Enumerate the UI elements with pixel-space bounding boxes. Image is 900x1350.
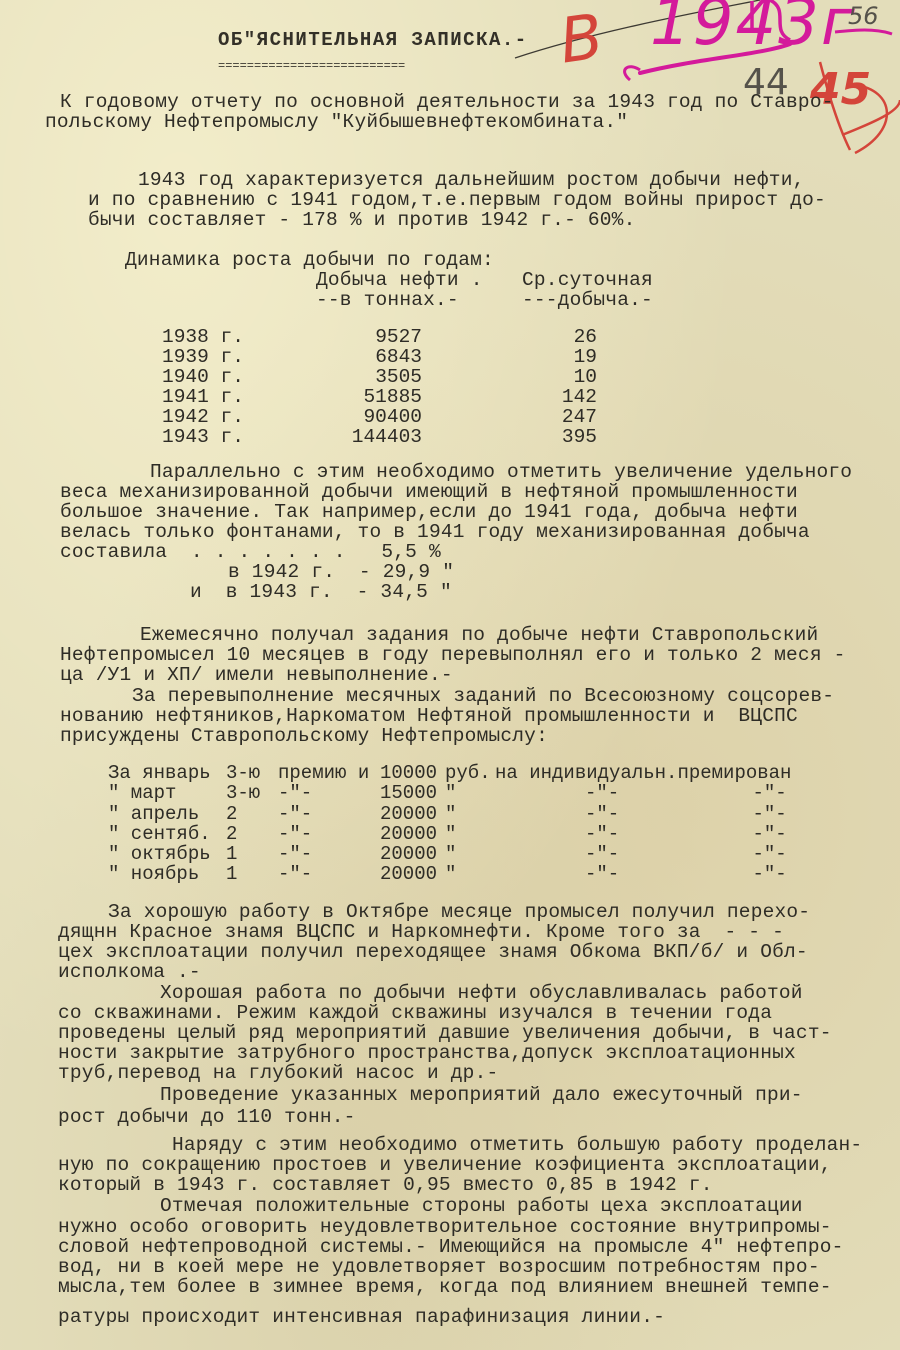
monthly-line-1: Ежемесячно получал задания по добыче неф…	[140, 625, 818, 645]
tons-cell: 90400	[332, 407, 422, 427]
month-cell: " октябрь	[108, 844, 226, 864]
table-row: 1942 г. 90400 247	[162, 407, 597, 427]
col-header-daily-1: Ср.суточная	[522, 270, 653, 290]
mechanized-line-7: и в 1943 г. - 34,5 "	[190, 582, 452, 602]
unit-cell: "	[445, 844, 495, 864]
archival-document-page: В 1943г 56 44 45 ОБ"ЯСНИТЕЛЬНАЯ ЗАПИСКА.…	[0, 0, 900, 1350]
table-row: 1943 г. 144403 395	[162, 427, 597, 447]
pipeline-line-4: вод, ни в коей мере не удовлетворяет воз…	[58, 1257, 820, 1277]
unit-cell: "	[445, 864, 495, 884]
mechanized-line-1: Параллельно с этим необходимо отметить у…	[150, 462, 852, 482]
awards-table: За январь 3-ю премию и 10000 руб. на инд…	[108, 763, 791, 885]
daily-cell: 142	[422, 387, 597, 407]
tons-cell: 3505	[332, 367, 422, 387]
purpose-cell: -"-	[495, 783, 677, 803]
downtime-line-3: который в 1943 г. составляет 0,95 вместо…	[58, 1175, 713, 1195]
col-header-tons-1: Добыча нефти .	[316, 270, 483, 290]
pipeline-line-3: словой нефтепроводной системы.- Имеющийс…	[58, 1237, 844, 1257]
wells-line-4: ности закрытие затрубного пространства,д…	[58, 1043, 796, 1063]
banner-line-1: За хорошую работу в Октябре месяце промы…	[108, 902, 810, 922]
year-cell: 1942 г.	[162, 407, 332, 427]
place-cell: 2	[226, 804, 278, 824]
month-cell: " март	[108, 783, 226, 803]
mechanized-line-2: веса механизированной добычи имеющий в н…	[60, 482, 798, 502]
year-cell: 1939 г.	[162, 347, 332, 367]
tons-cell: 9527	[332, 327, 422, 347]
pipeline-line-2: нужно особо оговорить неудовлетворительн…	[58, 1217, 832, 1237]
table-row: " март 3-ю -"- 15000 " -"- -"-	[108, 783, 791, 803]
result-line-2: рост добычи до 110 тонн.-	[58, 1107, 356, 1127]
intro-line-2: и по сравнению с 1941 годом,т.е.первым г…	[88, 190, 826, 210]
month-cell: " сентяб.	[108, 824, 226, 844]
purpose-cell: на индивидуальн.	[495, 763, 677, 783]
production-heading: Динамика роста добычи по годам:	[125, 250, 494, 270]
col-header-daily-2: ---добыча.-	[522, 290, 653, 310]
prize-cell: -"-	[278, 864, 380, 884]
pencil-page-number-top: 56	[848, 2, 879, 30]
place-cell: 2	[226, 824, 278, 844]
purpose-cell-2: -"-	[677, 783, 791, 803]
year-cell: 1940 г.	[162, 367, 332, 387]
purpose-cell-2: -"-	[677, 844, 791, 864]
table-row: 1941 г. 51885 142	[162, 387, 597, 407]
table-row: За январь 3-ю премию и 10000 руб. на инд…	[108, 763, 791, 783]
purpose-cell: -"-	[495, 824, 677, 844]
tons-cell: 6843	[332, 347, 422, 367]
wells-line-5: труб,перевод на глубокий насос и др.-	[58, 1063, 498, 1083]
subtitle-line-1: К годовому отчету по основной деятельнос…	[60, 92, 834, 112]
result-line-1: Проведение указанных мероприятий дало еж…	[160, 1085, 803, 1105]
amount-cell: 15000	[380, 783, 445, 803]
year-cell: 1941 г.	[162, 387, 332, 407]
tons-cell: 144403	[332, 427, 422, 447]
purpose-cell-2: -"-	[677, 824, 791, 844]
col-header-tons-2: --в тоннах.-	[316, 290, 459, 310]
intro-line-1: 1943 год характеризуется дальнейшим рост…	[138, 170, 805, 190]
purpose-cell: -"-	[495, 844, 677, 864]
award-intro-line-2: нованию нефтяников,Наркоматом Нефтяной п…	[60, 706, 798, 726]
unit-cell: "	[445, 783, 495, 803]
table-row: " апрель 2 -"- 20000 " -"- -"-	[108, 804, 791, 824]
mechanized-line-4: велась только фонтанами, то в 1941 году …	[60, 522, 810, 542]
place-cell: 3-ю	[226, 763, 278, 783]
year-cell: 1943 г.	[162, 427, 332, 447]
unit-cell: "	[445, 804, 495, 824]
month-cell: " апрель	[108, 804, 226, 824]
unit-cell: "	[445, 824, 495, 844]
handwritten-year-stamp: 1943г	[650, 0, 857, 60]
tons-cell: 51885	[332, 387, 422, 407]
table-row: " октябрь 1 -"- 20000 " -"- -"-	[108, 844, 791, 864]
amount-cell: 20000	[380, 804, 445, 824]
monthly-line-2: Нефтепромысел 10 месяцев в году перевыпо…	[60, 645, 846, 665]
table-row: 1939 г. 6843 19	[162, 347, 597, 367]
banner-line-3: цех эксплоатации получил переходящее зна…	[58, 942, 808, 962]
month-cell: За январь	[108, 763, 226, 783]
amount-cell: 20000	[380, 824, 445, 844]
wells-line-1: Хорошая работа по добычи нефти обуславли…	[160, 983, 803, 1003]
daily-cell: 247	[422, 407, 597, 427]
daily-cell: 19	[422, 347, 597, 367]
amount-cell: 10000	[380, 763, 445, 783]
purpose-cell-2: -"-	[677, 864, 791, 884]
table-row: " ноябрь 1 -"- 20000 " -"- -"-	[108, 864, 791, 884]
banner-line-4: исполкома .-	[58, 962, 201, 982]
document-title: ОБ"ЯСНИТЕЛЬНАЯ ЗАПИСКА.-	[218, 30, 528, 50]
prize-cell: -"-	[278, 783, 380, 803]
pipeline-line-5: мысла,тем более в зимнее время, когда по…	[58, 1277, 832, 1297]
wells-line-3: проведены целый ряд мероприятий давшие у…	[58, 1023, 832, 1043]
mechanized-line-6: в 1942 г. - 29,9 "	[228, 562, 454, 582]
monthly-line-3: ца /У1 и ХП/ имели невыполнение.-	[60, 665, 453, 685]
pipeline-line-1: Отмечая положительные стороны работы цех…	[160, 1196, 803, 1216]
month-cell: " ноябрь	[108, 864, 226, 884]
award-intro-line-3: присуждены Ставропольскому Нефтепромыслу…	[60, 726, 548, 746]
wells-line-2: со скважинами. Режим каждой скважины изу…	[58, 1003, 772, 1023]
intro-line-3: бычи составляет - 178 % и против 1942 г.…	[88, 210, 636, 230]
subtitle-line-2: польскому Нефтепромыслу "Куйбышевнефтеко…	[45, 112, 628, 132]
table-row: " сентяб. 2 -"- 20000 " -"- -"-	[108, 824, 791, 844]
production-table: 1938 г. 9527 26 1939 г. 6843 19 1940 г. …	[162, 327, 597, 447]
daily-cell: 395	[422, 427, 597, 447]
purpose-cell-2: -"-	[677, 804, 791, 824]
prize-cell: премию и	[278, 763, 380, 783]
purpose-cell: -"-	[495, 804, 677, 824]
place-cell: 1	[226, 844, 278, 864]
unit-cell: руб.	[445, 763, 495, 783]
prize-cell: -"-	[278, 804, 380, 824]
table-row: 1940 г. 3505 10	[162, 367, 597, 387]
amount-cell: 20000	[380, 864, 445, 884]
purpose-cell: -"-	[495, 864, 677, 884]
downtime-line-2: ную по сокращению простоев и увеличение …	[58, 1155, 832, 1175]
award-intro-line-1: За перевыполнение месячных заданий по Вс…	[132, 686, 834, 706]
prize-cell: -"-	[278, 824, 380, 844]
purpose-cell-2: премирован	[677, 763, 791, 783]
prize-cell: -"-	[278, 844, 380, 864]
daily-cell: 10	[422, 367, 597, 387]
pipeline-line-6: ратуры происходит интенсивная парафиниза…	[58, 1307, 665, 1327]
downtime-line-1: Наряду с этим необходимо отметить большу…	[172, 1135, 862, 1155]
handwritten-red-letter: В	[555, 0, 607, 78]
daily-cell: 26	[422, 327, 597, 347]
mechanized-line-5: составила . . . . . . . 5,5 %	[60, 542, 441, 562]
place-cell: 3-ю	[226, 783, 278, 803]
amount-cell: 20000	[380, 844, 445, 864]
year-cell: 1938 г.	[162, 327, 332, 347]
mechanized-line-3: большое значение. Так например,если до 1…	[60, 502, 798, 522]
banner-line-2: дящнн Красное знамя ВЦСПС и Наркомнефти.…	[58, 922, 784, 942]
table-row: 1938 г. 9527 26	[162, 327, 597, 347]
place-cell: 1	[226, 864, 278, 884]
title-underline: ==========================	[218, 56, 405, 76]
